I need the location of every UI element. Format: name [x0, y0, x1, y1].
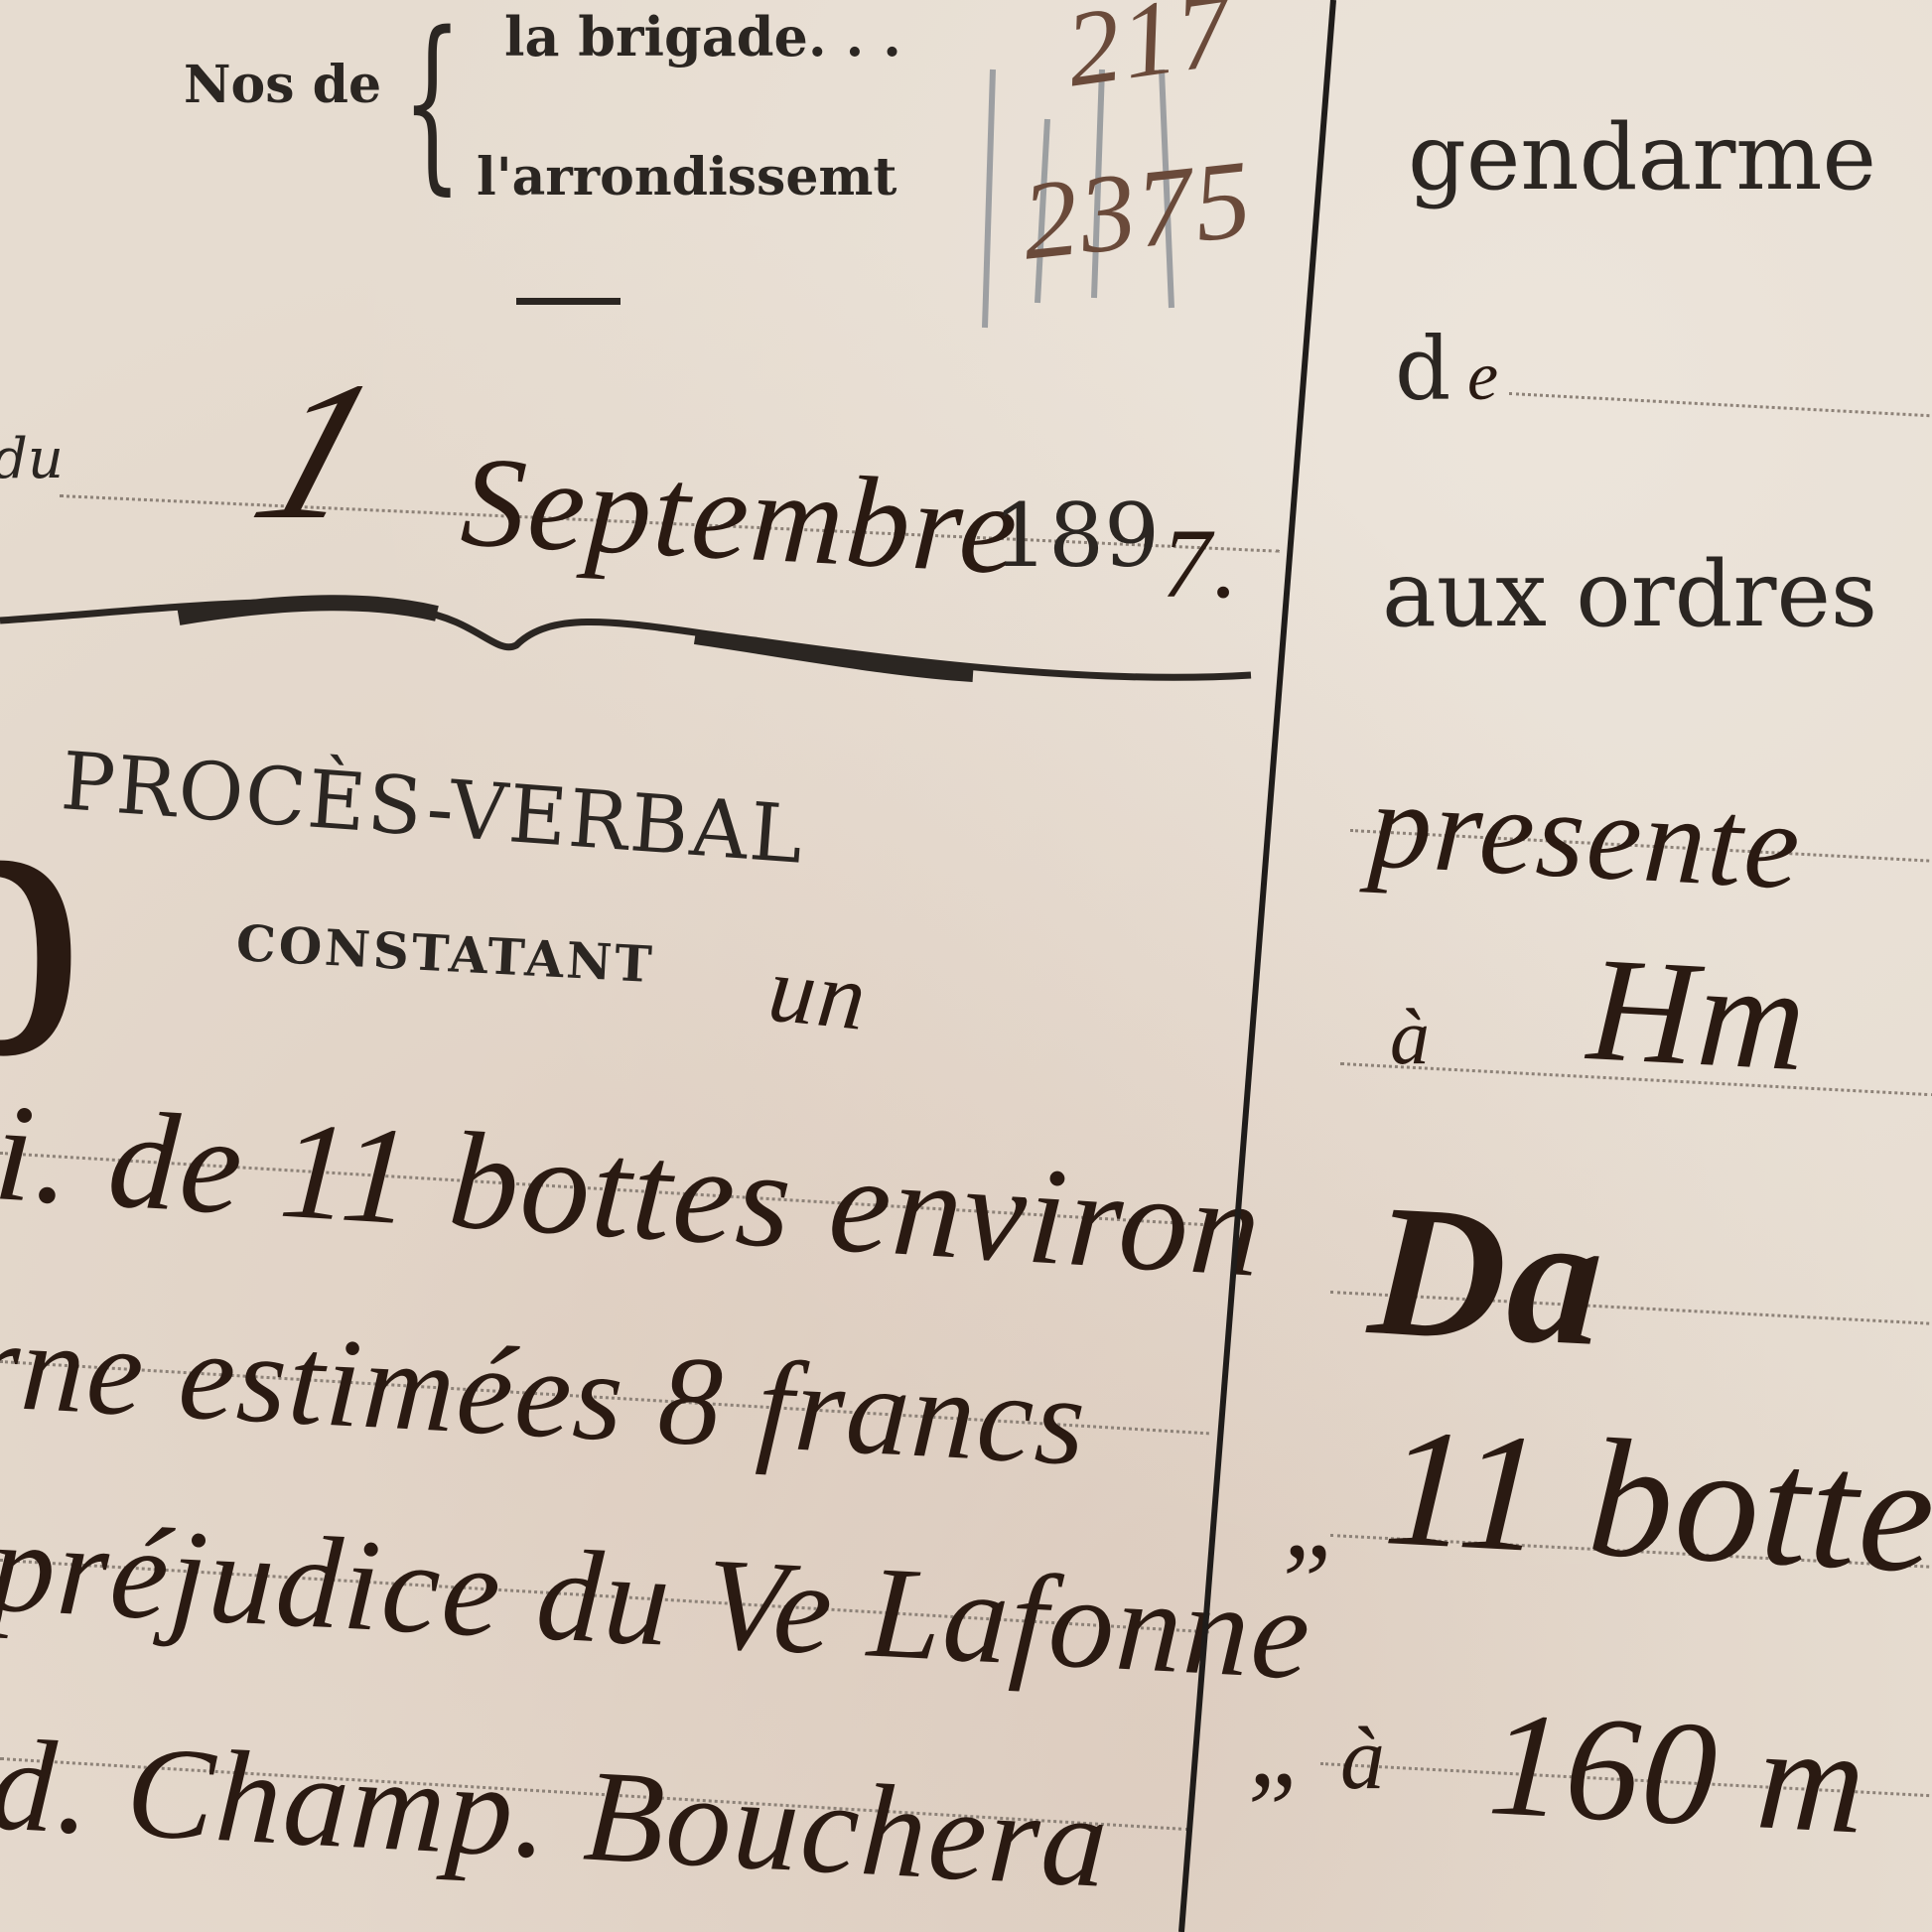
right-entry-a-prefix-2: à [1340, 1708, 1387, 1810]
ditto-mark-1: ” [1271, 1519, 1333, 1645]
aux-ordres-label: aux ordres [1382, 541, 1877, 647]
de-handwritten-suffix: e [1467, 338, 1500, 417]
gendarme-label: gendarme [1408, 104, 1876, 210]
right-entry-bottes: 11 bottes [1380, 1390, 1932, 1615]
right-entry-presente: presente [1366, 755, 1805, 919]
ditto-mark-2: ” [1236, 1747, 1299, 1873]
de-label: d [1395, 318, 1450, 420]
right-entry-3: Da [1364, 1162, 1609, 1390]
right-entry-a-prefix: à [1390, 993, 1432, 1083]
right-entry-distance: 160 m [1484, 1678, 1870, 1868]
right-entry-2: Hm [1584, 923, 1811, 1105]
